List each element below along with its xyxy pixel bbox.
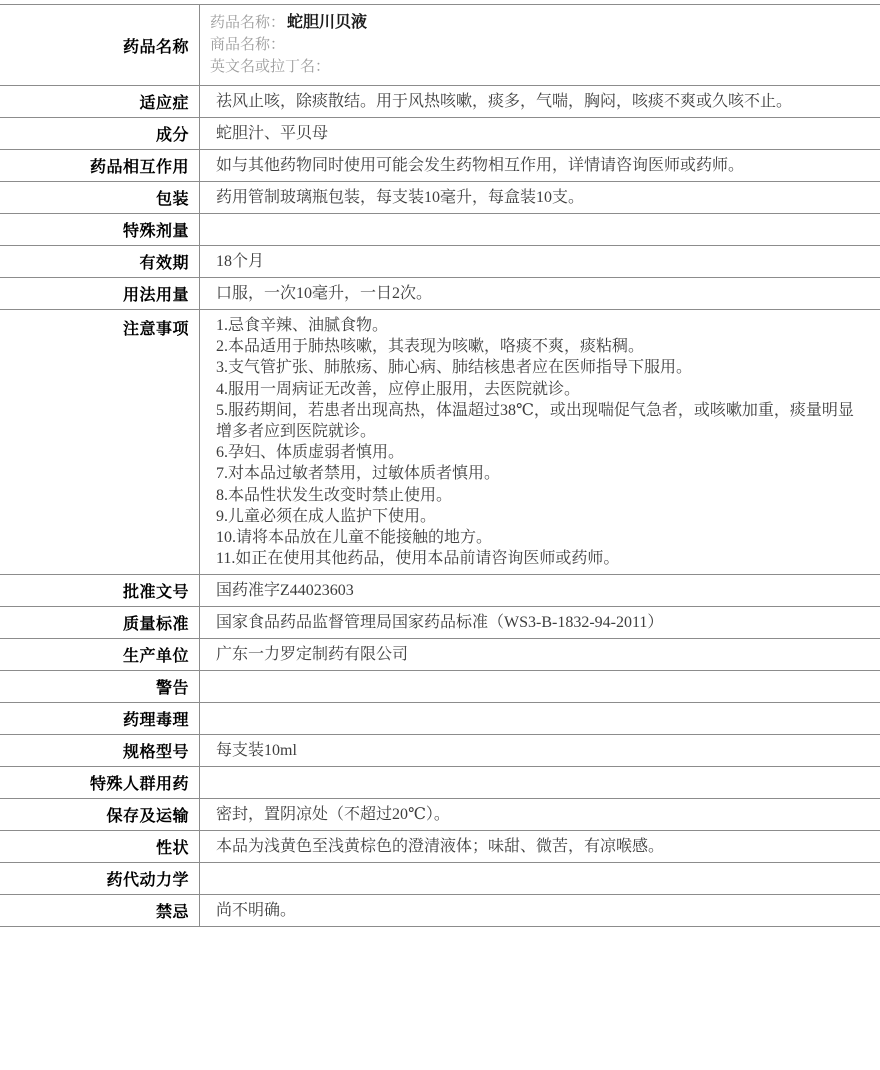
note-line: 2.本品适用于肺热咳嗽，其表现为咳嗽，咯痰不爽，痰粘稠。 [216,336,856,357]
name-field-line: 商品名称： [210,34,856,56]
row-label: 性状 [0,831,200,862]
row-label: 药理毒理 [0,703,200,734]
row-label: 警告 [0,671,200,702]
table-row: 用法用量口服，一次10毫升，一日2次。 [0,278,880,310]
table-row: 生产单位广东一力罗定制药有限公司 [0,639,880,671]
table-row: 适应症祛风止咳，除痰散结。用于风热咳嗽，痰多，气喘，胸闷，咳痰不爽或久咳不止。 [0,86,880,118]
name-field-line: 英文名或拉丁名： [210,56,856,78]
row-value: 1.忌食辛辣、油腻食物。2.本品适用于肺热咳嗽，其表现为咳嗽，咯痰不爽，痰粘稠。… [200,310,880,574]
note-line: 10.请将本品放在儿童不能接触的地方。 [216,527,856,548]
field-key: 英文名或拉丁名： [210,59,330,75]
row-value [200,863,880,894]
row-label: 批准文号 [0,575,200,606]
field-key: 药品名称： [210,15,285,31]
row-value: 本品为浅黄色至浅黄棕色的澄清液体；味甜、微苦，有凉喉感。 [200,831,880,862]
row-value: 祛风止咳，除痰散结。用于风热咳嗽，痰多，气喘，胸闷，咳痰不爽或久咳不止。 [200,86,880,117]
table-row: 保存及运输密封，置阴凉处（不超过20℃）。 [0,799,880,831]
row-label: 药品相互作用 [0,150,200,181]
table-row: 批准文号国药准字Z44023603 [0,575,880,607]
note-line: 8.本品性状发生改变时禁止使用。 [216,485,856,506]
note-line: 3.支气管扩张、肺脓疡、肺心病、肺结核患者应在医师指导下服用。 [216,357,856,378]
row-value: 药品名称：蛇胆川贝液商品名称：英文名或拉丁名： [200,5,880,85]
row-value: 每支装10ml [200,735,880,766]
row-value: 如与其他药物同时使用可能会发生药物相互作用，详情请咨询医师或药师。 [200,150,880,181]
row-value [200,703,880,734]
row-value: 国家食品药品监督管理局国家药品标准（WS3-B-1832-94-2011） [200,607,880,638]
table-row: 包装药用管制玻璃瓶包装，每支装10毫升，每盒装10支。 [0,182,880,214]
row-value [200,671,880,702]
table-row: 药品相互作用如与其他药物同时使用可能会发生药物相互作用，详情请咨询医师或药师。 [0,150,880,182]
table-row: 注意事项1.忌食辛辣、油腻食物。2.本品适用于肺热咳嗽，其表现为咳嗽，咯痰不爽，… [0,310,880,575]
table-row: 警告 [0,671,880,703]
row-value [200,214,880,245]
row-label: 质量标准 [0,607,200,638]
row-label: 保存及运输 [0,799,200,830]
row-label: 规格型号 [0,735,200,766]
row-label: 特殊剂量 [0,214,200,245]
note-line: 9.儿童必须在成人监护下使用。 [216,506,856,527]
name-field-line: 药品名称：蛇胆川贝液 [210,12,856,34]
table-row: 药代动力学 [0,863,880,895]
row-value: 国药准字Z44023603 [200,575,880,606]
table-row: 特殊人群用药 [0,767,880,799]
row-label: 适应症 [0,86,200,117]
field-key: 商品名称： [210,37,285,53]
table-row: 有效期18个月 [0,246,880,278]
row-value: 蛇胆汁、平贝母 [200,118,880,149]
table-row: 药品名称药品名称：蛇胆川贝液商品名称：英文名或拉丁名： [0,5,880,86]
row-label: 药代动力学 [0,863,200,894]
table-row: 规格型号每支装10ml [0,735,880,767]
table-row: 禁忌尚不明确。 [0,895,880,927]
row-value [200,767,880,798]
row-value: 药用管制玻璃瓶包装，每支装10毫升，每盒装10支。 [200,182,880,213]
row-label: 有效期 [0,246,200,277]
note-line: 5.服药期间，若患者出现高热，体温超过38℃，或出现喘促气急者，或咳嗽加重，痰量… [216,400,856,442]
table-row: 成分蛇胆汁、平贝母 [0,118,880,150]
note-line: 11.如正在使用其他药品，使用本品前请咨询医师或药师。 [216,548,856,569]
row-value: 口服，一次10毫升，一日2次。 [200,278,880,309]
row-label: 注意事项 [0,310,200,574]
row-value: 18个月 [200,246,880,277]
note-line: 1.忌食辛辣、油腻食物。 [216,315,856,336]
note-line: 6.孕妇、体质虚弱者慎用。 [216,442,856,463]
drug-name: 蛇胆川贝液 [287,14,367,31]
row-label: 特殊人群用药 [0,767,200,798]
note-line: 4.服用一周病证无改善，应停止服用，去医院就诊。 [216,379,856,400]
row-label: 成分 [0,118,200,149]
note-line: 7.对本品过敏者禁用，过敏体质者慎用。 [216,463,856,484]
row-value: 尚不明确。 [200,895,880,926]
row-label: 包装 [0,182,200,213]
table-row: 药理毒理 [0,703,880,735]
table-row: 质量标准国家食品药品监督管理局国家药品标准（WS3-B-1832-94-2011… [0,607,880,639]
row-label: 药品名称 [0,5,200,85]
drug-info-table: 药品名称药品名称：蛇胆川贝液商品名称：英文名或拉丁名：适应症祛风止咳，除痰散结。… [0,4,880,927]
row-label: 禁忌 [0,895,200,926]
table-row: 特殊剂量 [0,214,880,246]
row-value: 广东一力罗定制药有限公司 [200,639,880,670]
row-label: 用法用量 [0,278,200,309]
row-label: 生产单位 [0,639,200,670]
row-value: 密封，置阴凉处（不超过20℃）。 [200,799,880,830]
table-row: 性状本品为浅黄色至浅黄棕色的澄清液体；味甜、微苦，有凉喉感。 [0,831,880,863]
